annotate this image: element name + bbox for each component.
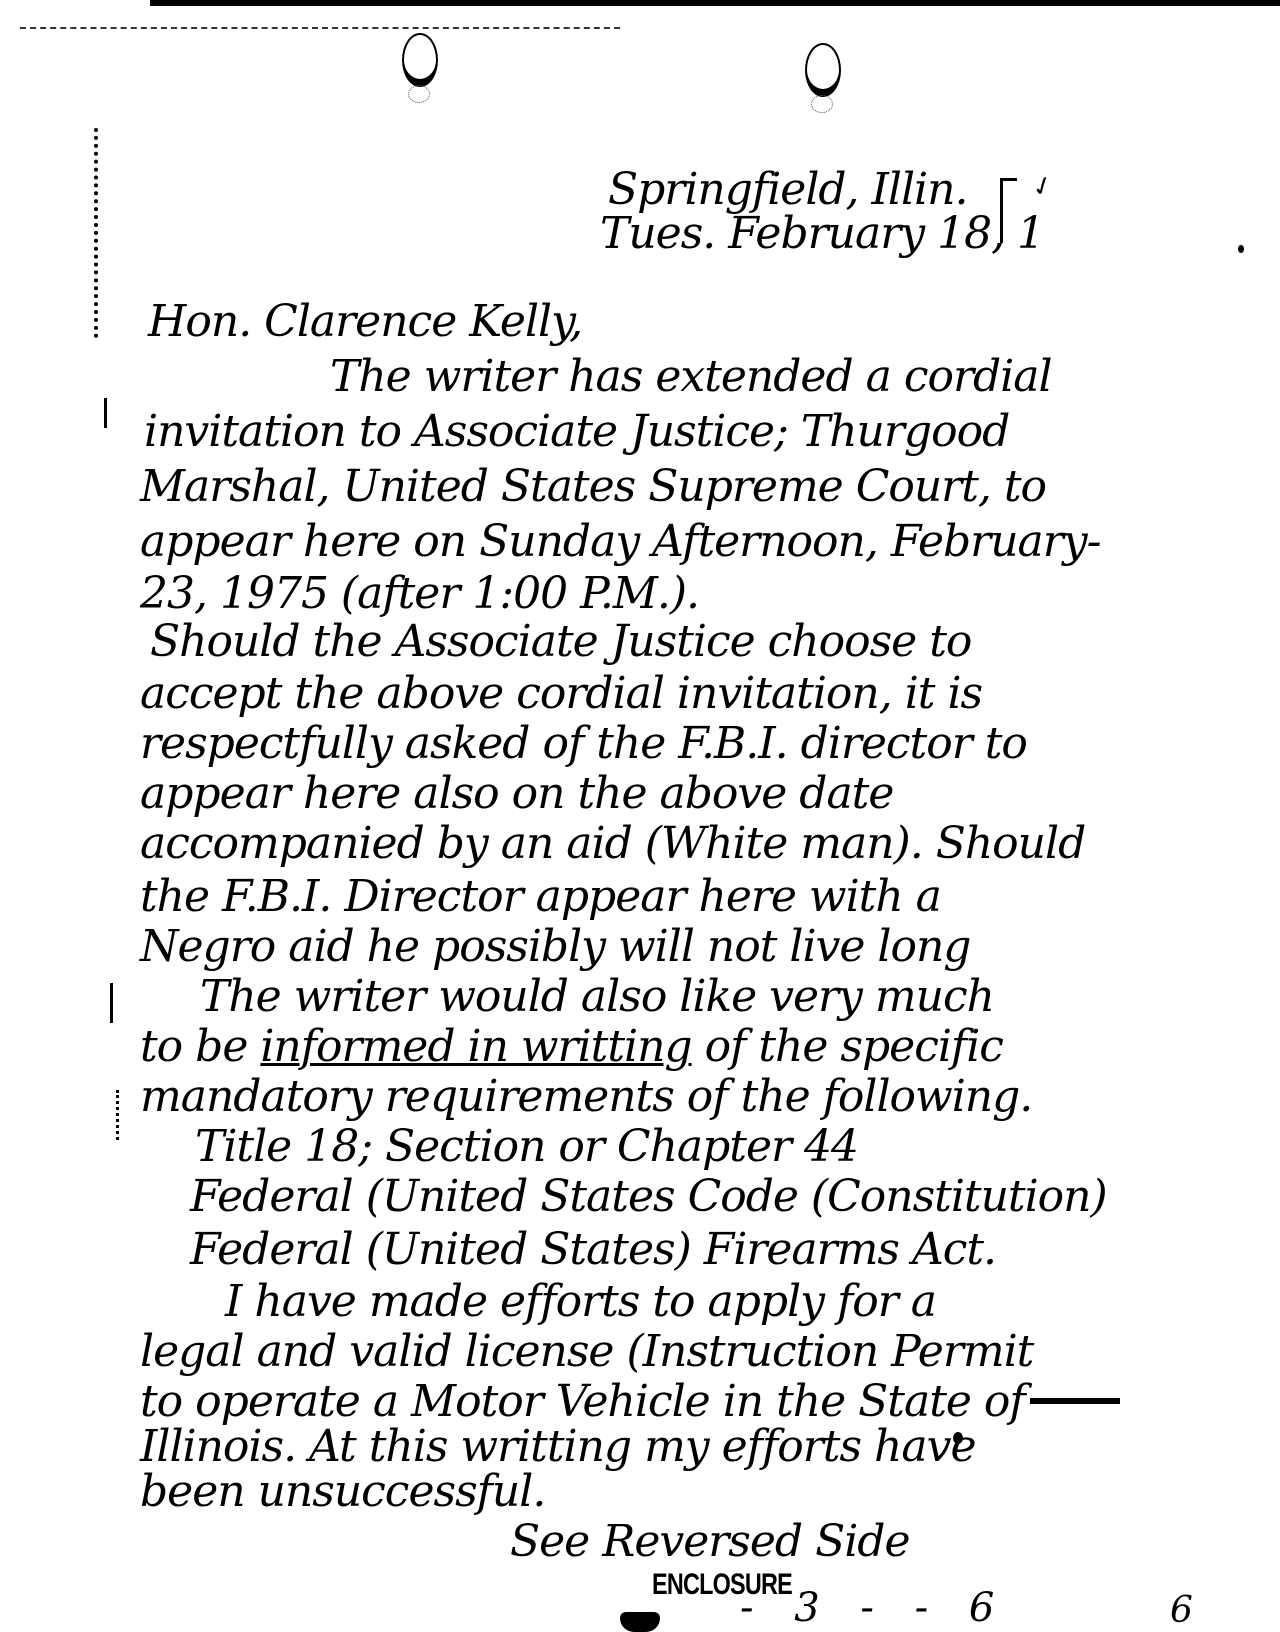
body-line: I have made efforts to apply for a [225,1280,936,1324]
ink-dot [953,1432,963,1444]
statute-line: Federal (United States Code (Constitutio… [190,1175,1107,1219]
closing-note: See Reversed Side [510,1520,910,1564]
body-line: The writer has extended a cordial [330,355,1052,399]
underlined-phrase: informed in writting [260,1021,691,1072]
margin-bracket-mark [94,128,101,338]
body-line: legal and valid license (Instruction Per… [140,1330,1033,1374]
body-line: the F.B.I. Director appear here with a [140,875,941,919]
file-number: - 3 - - 6 [740,1585,1008,1631]
body-text: to be [140,1021,260,1072]
ink-strike-blot [1030,1398,1120,1404]
margin-tick-mark [104,398,107,428]
salutation: Hon. Clarence Kelly, [148,300,582,344]
margin-check-box [1000,178,1017,243]
body-line: Negro aid he possibly will not live long [140,925,970,969]
stamp-ink-blot [620,1612,660,1632]
scan-fold-line [20,27,620,29]
ink-dot [1238,245,1244,253]
checkmark-icon: ✓ [1028,169,1059,205]
scan-top-edge [150,0,1280,6]
header-date: Tues. February 18, 1 [600,212,1044,256]
header-place: Springfield, Illin. [608,168,967,212]
margin-tick-mark [110,983,113,1023]
body-line: invitation to Associate Justice; Thurgoo… [144,410,1009,454]
body-line: Should the Associate Justice choose to [150,620,971,664]
body-line: mandatory requirements of the following. [140,1075,1032,1119]
body-line-with-underline: to be informed in writting of the specif… [140,1025,1003,1069]
body-line: appear here also on the above date [140,772,893,816]
body-line: The writer would also like very much [200,975,994,1019]
statute-line: Title 18; Section or Chapter 44 [195,1125,858,1169]
body-text: of the specific [692,1021,1003,1072]
body-line: accompanied by an aid (White man). Shoul… [140,822,1085,866]
body-line: appear here on Sunday Afternoon, Februar… [140,520,1101,564]
page-number: 6 [1170,1590,1193,1631]
statute-line: Federal (United States) Firearms Act. [190,1228,996,1272]
margin-dotted-mark [116,1090,122,1140]
body-line: 23, 1975 (after 1:00 P.M.). [140,572,699,616]
body-line: been unsuccessful. [140,1470,545,1514]
body-line: Illinois. At this writting my efforts ha… [140,1425,976,1469]
body-line: respectfully asked of the F.B.I. directo… [140,722,1027,766]
punch-hole-left-icon [402,33,438,87]
body-line: accept the above cordial invitation, it … [140,672,982,716]
punch-hole-right-icon [805,43,841,97]
body-line: to operate a Motor Vehicle in the State … [140,1380,1025,1424]
body-line: Marshal, United States Supreme Court, to [140,465,1046,509]
